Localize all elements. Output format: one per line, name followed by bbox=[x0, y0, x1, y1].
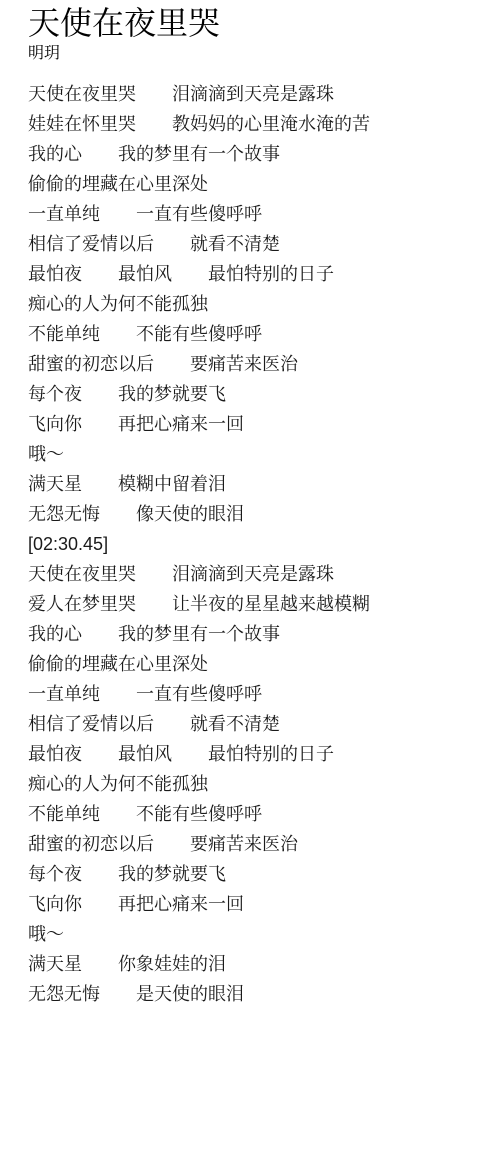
lyric-line: 无怨无悔 像天使的眼泪 bbox=[28, 499, 480, 529]
lyric-line: 痴心的人为何不能孤独 bbox=[28, 289, 480, 319]
lyrics-page: 天使在夜里哭 明玥 天使在夜里哭 泪滴滴到天亮是露珠娃娃在怀里哭 教妈妈的心里淹… bbox=[0, 0, 500, 1009]
song-title: 天使在夜里哭 bbox=[28, 4, 480, 42]
lyric-line: 我的心 我的梦里有一个故事 bbox=[28, 139, 480, 169]
lyric-line: 无怨无悔 是天使的眼泪 bbox=[28, 979, 480, 1009]
lyric-line: 甜蜜的初恋以后 要痛苦来医治 bbox=[28, 349, 480, 379]
lyric-line: 哦～ bbox=[28, 439, 480, 469]
lyric-line: 不能单纯 不能有些傻呼呼 bbox=[28, 319, 480, 349]
lyric-line: [02:30.45] bbox=[28, 529, 480, 559]
lyric-line: 偷偷的埋藏在心里深处 bbox=[28, 649, 480, 679]
lyric-line: 天使在夜里哭 泪滴滴到天亮是露珠 bbox=[28, 559, 480, 589]
lyric-line: 一直单纯 一直有些傻呼呼 bbox=[28, 199, 480, 229]
lyric-line: 最怕夜 最怕风 最怕特别的日子 bbox=[28, 739, 480, 769]
lyric-line: 相信了爱情以后 就看不清楚 bbox=[28, 709, 480, 739]
lyric-line: 我的心 我的梦里有一个故事 bbox=[28, 619, 480, 649]
lyric-line: 飞向你 再把心痛来一回 bbox=[28, 409, 480, 439]
lyric-line: 哦～ bbox=[28, 919, 480, 949]
lyric-line: 不能单纯 不能有些傻呼呼 bbox=[28, 799, 480, 829]
artist-name: 明玥 bbox=[28, 44, 480, 64]
lyric-line: 甜蜜的初恋以后 要痛苦来医治 bbox=[28, 829, 480, 859]
lyric-line: 偷偷的埋藏在心里深处 bbox=[28, 169, 480, 199]
lyrics-body: 天使在夜里哭 泪滴滴到天亮是露珠娃娃在怀里哭 教妈妈的心里淹水淹的苦我的心 我的… bbox=[28, 79, 480, 1009]
lyric-line: 满天星 模糊中留着泪 bbox=[28, 469, 480, 499]
lyric-line: 相信了爱情以后 就看不清楚 bbox=[28, 229, 480, 259]
lyric-line: 一直单纯 一直有些傻呼呼 bbox=[28, 679, 480, 709]
lyric-line: 痴心的人为何不能孤独 bbox=[28, 769, 480, 799]
lyric-line: 满天星 你象娃娃的泪 bbox=[28, 949, 480, 979]
lyric-line: 每个夜 我的梦就要飞 bbox=[28, 859, 480, 889]
lyric-line: 娃娃在怀里哭 教妈妈的心里淹水淹的苦 bbox=[28, 109, 480, 139]
lyric-line: 天使在夜里哭 泪滴滴到天亮是露珠 bbox=[28, 79, 480, 109]
lyric-line: 飞向你 再把心痛来一回 bbox=[28, 889, 480, 919]
lyric-line: 每个夜 我的梦就要飞 bbox=[28, 379, 480, 409]
lyric-line: 最怕夜 最怕风 最怕特别的日子 bbox=[28, 259, 480, 289]
lyric-line: 爱人在梦里哭 让半夜的星星越来越模糊 bbox=[28, 589, 480, 619]
